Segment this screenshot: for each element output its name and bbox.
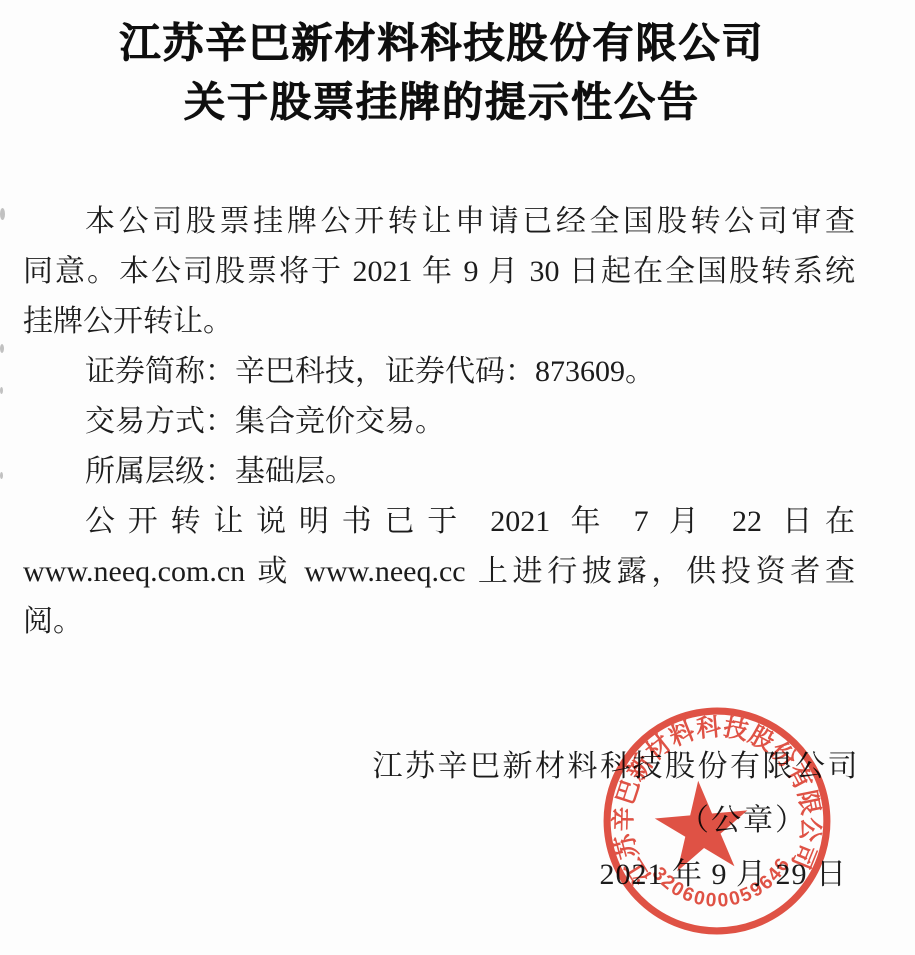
scan-speck [0, 387, 3, 394]
doc-title-line1: 江苏辛巴新材料科技股份有限公司 [0, 14, 884, 73]
signature-seal-note: （公章） [0, 794, 860, 848]
doc-title-line2: 关于股票挂牌的提示性公告 [0, 73, 884, 132]
body-line-3: 挂牌公开转让。 [23, 297, 855, 347]
body-line-8: www.neeq.com.cn 或 www.neeq.cc 上进行披露，供投资者… [23, 547, 855, 597]
body-line-ticker: 证券简称：辛巴科技，证券代码：873609。 [23, 347, 855, 397]
body-line-1: 本公司股票挂牌公开转让申请已经全国股转公司审查 [23, 197, 855, 247]
doc-body: 本公司股票挂牌公开转让申请已经全国股转公司审查 同意。本公司股票将于 2021 … [23, 197, 855, 647]
signature-block: 江苏辛巴新材料科技股份有限公司 （公章） 2021 年 9 月 29 日 [0, 740, 860, 902]
body-line-2: 同意。本公司股票将于 2021 年 9 月 30 日起在全国股转系统 [23, 247, 855, 297]
scan-speck [0, 344, 4, 353]
body-line-tier: 所属层级：基础层。 [23, 447, 855, 497]
signature-date: 2021 年 9 月 29 日 [0, 848, 860, 902]
scan-speck [0, 472, 3, 479]
body-line-7: 公开转让说明书已于 2021 年 7 月 22 日在 [23, 497, 855, 547]
signature-company-name: 江苏辛巴新材料科技股份有限公司 [0, 740, 860, 794]
scan-speck [0, 208, 5, 220]
body-line-trading: 交易方式：集合竞价交易。 [23, 397, 855, 447]
document-page: 江苏辛巴新材料科技股份有限公司 关于股票挂牌的提示性公告 本公司股票挂牌公开转让… [0, 0, 915, 955]
body-line-9: 阅。 [23, 597, 855, 647]
doc-title: 江苏辛巴新材料科技股份有限公司 关于股票挂牌的提示性公告 [0, 14, 884, 132]
